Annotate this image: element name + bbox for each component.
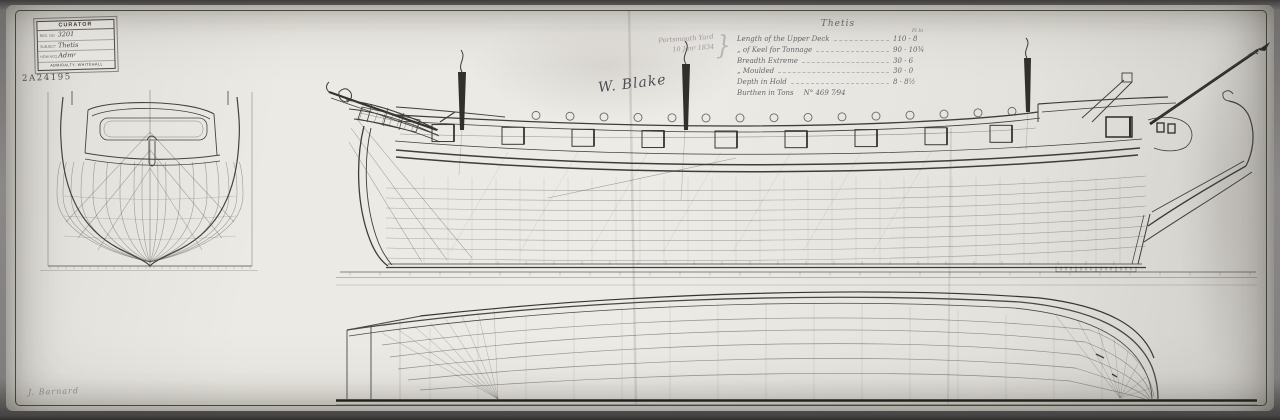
body-plan xyxy=(40,90,258,271)
hull-diagonal-lines xyxy=(450,152,931,252)
baseline-ticks-and-scale-bar xyxy=(350,261,1250,276)
curator-stamp: CURATOR REG. NO. 3201 SUBJECT Thetis HOW… xyxy=(36,19,115,71)
dimension-row: Length of the Upper Deck 110 · 8 xyxy=(737,35,939,46)
dimension-row: Breadth Extreme 30 · 6 xyxy=(737,57,939,68)
photographed-ship-plan: CURATOR REG. NO. 3201 SUBJECT Thetis HOW… xyxy=(0,0,1280,420)
archive-number: 2A24195 xyxy=(22,72,72,84)
ship-plan-drawing xyxy=(0,0,1280,420)
mizzen-mast xyxy=(1024,38,1031,150)
waterlines xyxy=(386,176,1146,261)
stamp-footer: ADMIRALTY, WHITEHALL xyxy=(38,60,114,69)
cant-frame-fans xyxy=(382,309,1151,399)
dimension-row: Depth in Hold 8 · 8½ xyxy=(737,78,939,89)
half-breadth-station-lines xyxy=(430,302,1102,400)
dimension-row: „ Moulded 30 · 0 xyxy=(737,67,939,78)
ship-name: Thetis xyxy=(737,19,939,29)
half-breadth-plan xyxy=(336,285,1257,405)
burthen-row: Burthen in Tons N° 469 7⁄94 xyxy=(737,89,939,100)
main-mast xyxy=(681,41,690,200)
brace-mark: } xyxy=(716,31,731,61)
dimensions-table: Thetis Ft In Length of the Upper Deck 11… xyxy=(737,19,939,100)
dimension-row: „ of Keel for Tonnage 90 · 10¾ xyxy=(737,46,939,57)
corner-signature: J. Barnard xyxy=(28,386,79,397)
